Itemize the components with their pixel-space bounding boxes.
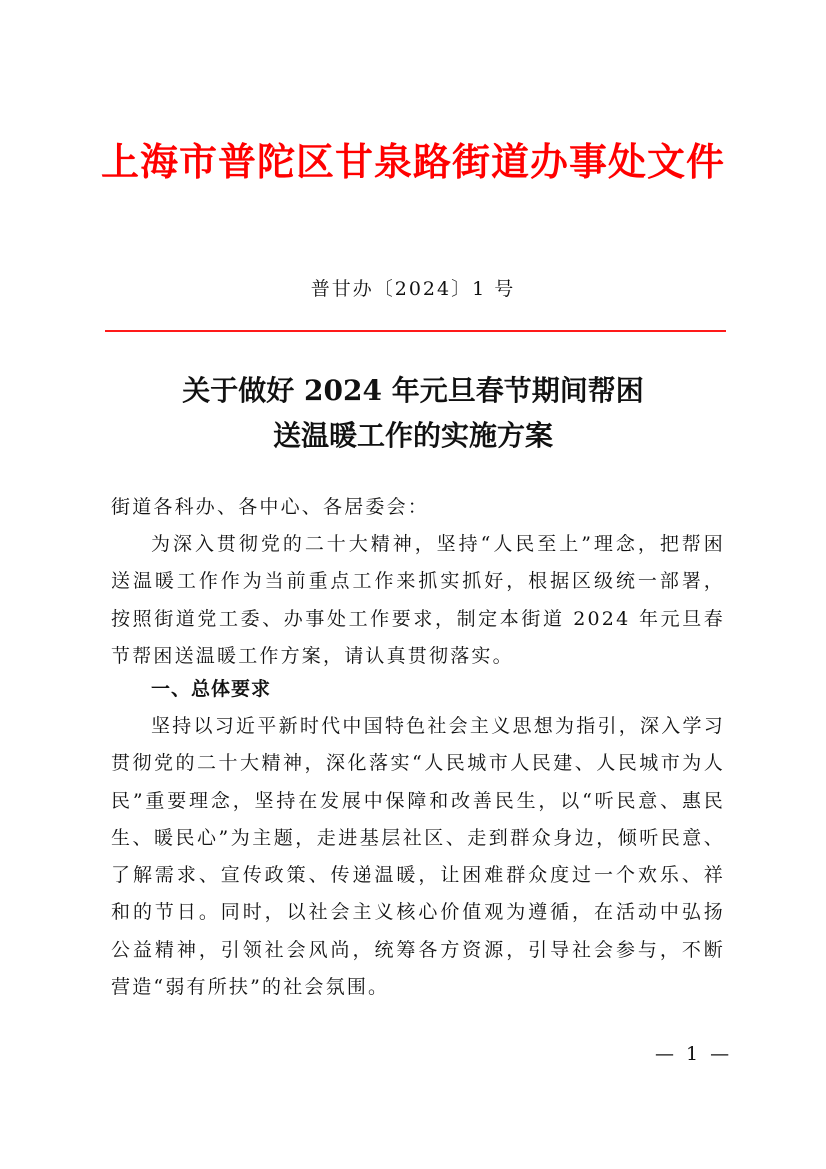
page-number: — 1 — [655,1043,732,1065]
red-separator-line [105,330,726,332]
section-heading-general-requirements: 一、总体要求 [151,674,271,701]
salutation: 街道各科办、各中心、各居委会： [111,489,725,526]
paragraph-general-requirements: 坚持以习近平新时代中国特色社会主义思想为指引，深入学习贯彻党的二十大精神，深化落… [111,708,725,1006]
issuer-title: 上海市普陀区甘泉路街道办事处文件 [0,138,826,186]
title-line-1: 关于做好 2024 年元旦春节期间帮困 [0,368,826,413]
document-number: 普甘办〔2024〕1 号 [0,274,826,301]
document-page: 上海市普陀区甘泉路街道办事处文件 普甘办〔2024〕1 号 关于做好 2024 … [0,0,826,1169]
title-line-2: 送温暖工作的实施方案 [0,413,826,458]
document-title: 关于做好 2024 年元旦春节期间帮困 送温暖工作的实施方案 [0,368,826,458]
paragraph-intro: 为深入贯彻党的二十大精神，坚持“人民至上”理念，把帮困送温暖工作作为当前重点工作… [111,526,725,675]
